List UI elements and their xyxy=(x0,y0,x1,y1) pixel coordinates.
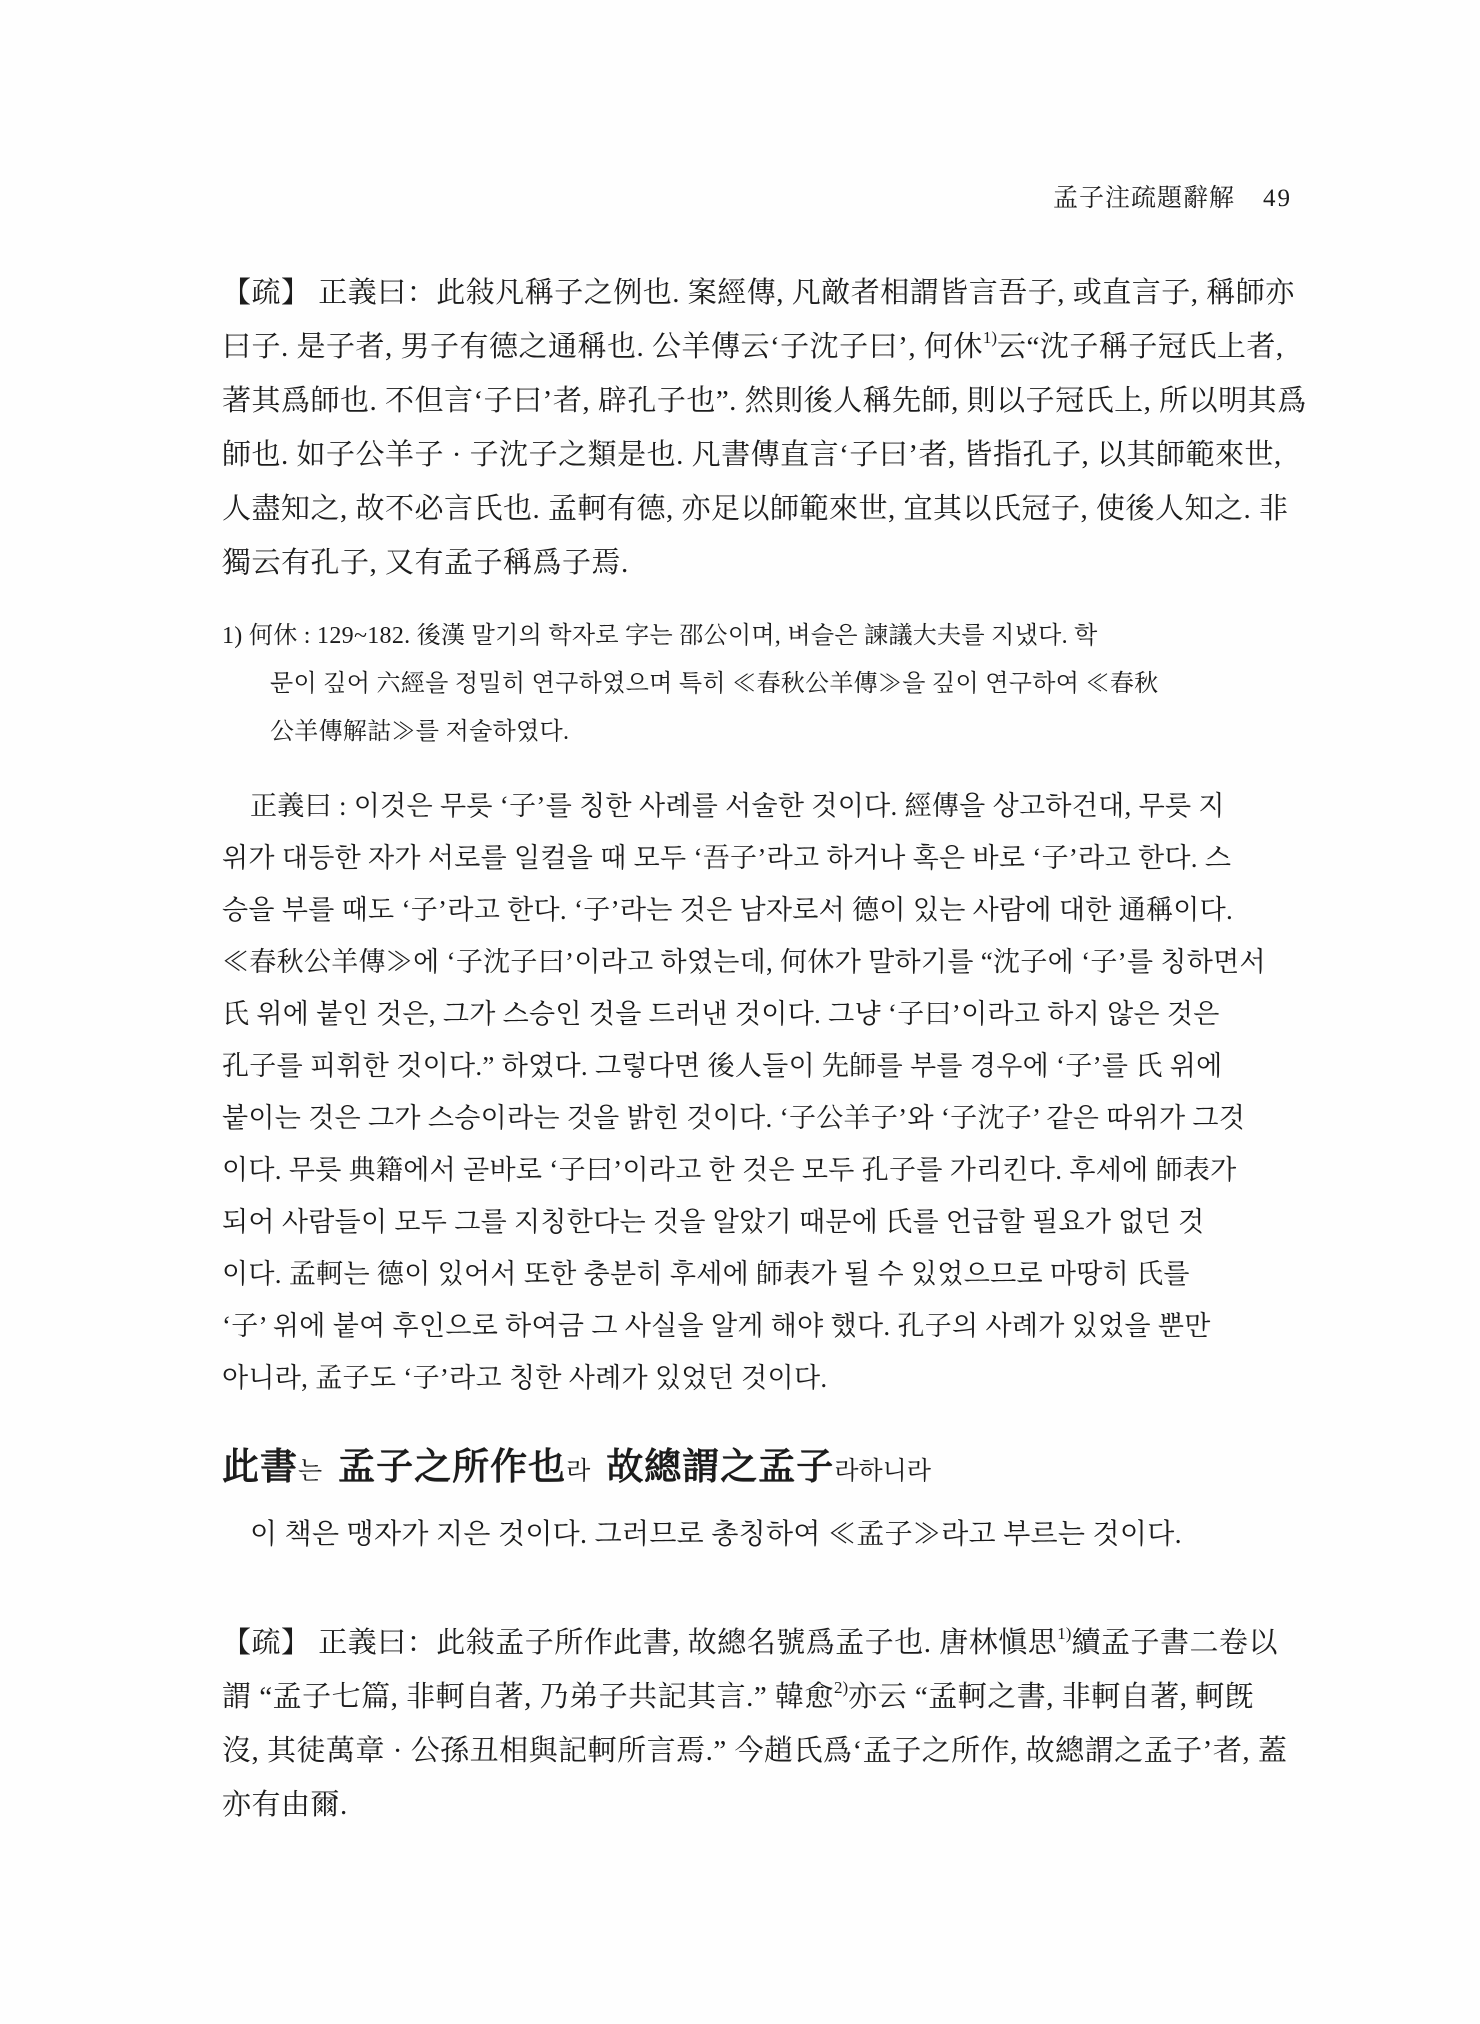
text-line: 亦有由爾. xyxy=(222,1778,1314,1832)
text-line: 승을 부를 때도 ‘子’라고 한다. ‘子’라는 것은 남자로서 德이 있는 사… xyxy=(222,884,1314,936)
so-commentary-paragraph-1: 【疏】 正義曰：此敍凡稱子之例也. 案經傳, 凡敵者相謂皆言吾子, 或直言子, … xyxy=(222,266,1314,590)
text-line: 人盡知之, 故不必言氏也. 孟軻有德, 亦足以師範來世, 宜其以氏冠子, 使後人… xyxy=(222,482,1314,536)
heading-hanja: 故總謂之孟子 xyxy=(606,1447,834,1488)
text-line: 아니라, 孟子도 ‘子’라고 칭한 사례가 있었던 것이다. xyxy=(222,1352,1314,1404)
text-line: 正義曰 : 이것은 무릇 ‘子’를 칭한 사례를 서술한 것이다. 經傳을 상고… xyxy=(222,780,1314,832)
running-header-title: 孟子注疏題辭解 xyxy=(1053,185,1235,212)
text-line: 沒, 其徒萬章 · 公孫丑相與記軻所言焉.” 今趙氏爲‘孟子之所作, 故總謂之孟… xyxy=(222,1724,1314,1778)
text-segment: 謂 “孟子七篇, 非軻自著, 乃弟子共記其言.” 韓愈 xyxy=(222,1681,834,1713)
text-line: 著其爲師也. 不但言‘子曰’者, 辟孔子也”. 然則後人稱先師, 則以子冠氏上,… xyxy=(222,374,1314,428)
page-number: 49 xyxy=(1263,185,1292,212)
korean-translation-paragraph-1: 正義曰 : 이것은 무릇 ‘子’를 칭한 사례를 서술한 것이다. 經傳을 상고… xyxy=(222,780,1314,1404)
text-segment: 云“沈子稱子冠氏上者, xyxy=(997,331,1284,363)
text-segment: 【疏】 正義曰：此敍孟子所作此書, 故總名號爲孟子也. 唐林愼思 xyxy=(222,1627,1057,1659)
heading-hangul-particle: 는 xyxy=(298,1458,322,1485)
footnote-block: 1) 何休 : 129~182. 後漢 말기의 학자로 字는 邵公이며, 벼슬은… xyxy=(222,612,1314,756)
text-line: 孔子를 피휘한 것이다.” 하였다. 그렇다면 後人들이 先師를 부를 경우에 … xyxy=(222,1040,1314,1092)
heading-hanja: 孟子之所作也 xyxy=(338,1447,566,1488)
section-heading: 此書는孟子之所作也라故總謂之孟子라하니라 xyxy=(222,1440,1314,1500)
footnote-line: 公羊傳解詁≫를 저술하였다. xyxy=(222,708,1314,756)
text-line: 師也. 如子公羊子 · 子沈子之類是也. 凡書傳直言‘子曰’者, 皆指孔子, 以… xyxy=(222,428,1314,482)
text-segment: 亦云 “孟軻之書, 非軻自著, 軻旣 xyxy=(848,1681,1254,1713)
text-line: ≪春秋公羊傳≫에 ‘子沈子曰’이라고 하였는데, 何休가 말하기를 “沈子에 ‘… xyxy=(222,936,1314,988)
text-line: 위가 대등한 자가 서로를 일컬을 때 모두 ‘吾子’라고 하거나 혹은 바로 … xyxy=(222,832,1314,884)
text-line: 【疏】 正義曰：此敍孟子所作此書, 故總名號爲孟子也. 唐林愼思1)續孟子書二卷… xyxy=(222,1616,1314,1670)
so-commentary-paragraph-2: 【疏】 正義曰：此敍孟子所作此書, 故總名號爲孟子也. 唐林愼思1)續孟子書二卷… xyxy=(222,1616,1314,1832)
text-line: 이다. 孟軻는 德이 있어서 또한 충분히 후세에 師表가 될 수 있었으므로 … xyxy=(222,1248,1314,1300)
footnote-ref-2: 2) xyxy=(834,1678,848,1697)
footnote-line: 1) 何休 : 129~182. 後漢 말기의 학자로 字는 邵公이며, 벼슬은… xyxy=(222,612,1314,660)
footnote-line: 문이 깊어 六經을 정밀히 연구하였으며 특히 ≪春秋公羊傳≫을 깊이 연구하여… xyxy=(222,660,1314,708)
text-line: 붙이는 것은 그가 스승이라는 것을 밝힌 것이다. ‘子公羊子’와 ‘子沈子’… xyxy=(222,1092,1314,1144)
footnote-ref-1: 1) xyxy=(1057,1624,1071,1643)
text-line: 獨云有孔子, 又有孟子稱爲子焉. xyxy=(222,536,1314,590)
heading-hangul-particle: 라하니라 xyxy=(834,1458,931,1485)
text-line: 이다. 무릇 典籍에서 곧바로 ‘子曰’이라고 한 것은 모두 孔子를 가리킨다… xyxy=(222,1144,1314,1196)
korean-translation-paragraph-2: 이 책은 맹자가 지은 것이다. 그러므로 총칭하여 ≪孟子≫라고 부르는 것이… xyxy=(222,1510,1314,1560)
book-page: 孟子注疏題辭解49 【疏】 正義曰：此敍凡稱子之例也. 案經傳, 凡敵者相謂皆言… xyxy=(0,0,1480,2024)
text-line: 曰子. 是子者, 男子有德之通稱也. 公羊傳云‘子沈子曰’, 何休1)云“沈子稱… xyxy=(222,320,1314,374)
text-line: 되어 사람들이 모두 그를 지칭한다는 것을 알았기 때문에 氏를 언급할 필요… xyxy=(222,1196,1314,1248)
text-line: ‘子’ 위에 붙여 후인으로 하여금 그 사실을 알게 해야 했다. 孔子의 사… xyxy=(222,1300,1314,1352)
text-line: 氏 위에 붙인 것은, 그가 스승인 것을 드러낸 것이다. 그냥 ‘子曰’이라… xyxy=(222,988,1314,1040)
text-line: 【疏】 正義曰：此敍凡稱子之例也. 案經傳, 凡敵者相謂皆言吾子, 或直言子, … xyxy=(222,266,1314,320)
text-line: 謂 “孟子七篇, 非軻自著, 乃弟子共記其言.” 韓愈2)亦云 “孟軻之書, 非… xyxy=(222,1670,1314,1724)
text-line: 이 책은 맹자가 지은 것이다. 그러므로 총칭하여 ≪孟子≫라고 부르는 것이… xyxy=(222,1510,1314,1560)
text-segment: 曰子. 是子者, 男子有德之通稱也. 公羊傳云‘子沈子曰’, 何休 xyxy=(222,331,983,363)
running-header: 孟子注疏題辭解49 xyxy=(1053,178,1292,214)
heading-hangul-particle: 라 xyxy=(566,1458,590,1485)
text-segment: 續孟子書二卷以 xyxy=(1071,1627,1278,1659)
heading-hanja: 此書 xyxy=(222,1447,298,1488)
footnote-ref-1: 1) xyxy=(983,328,997,347)
